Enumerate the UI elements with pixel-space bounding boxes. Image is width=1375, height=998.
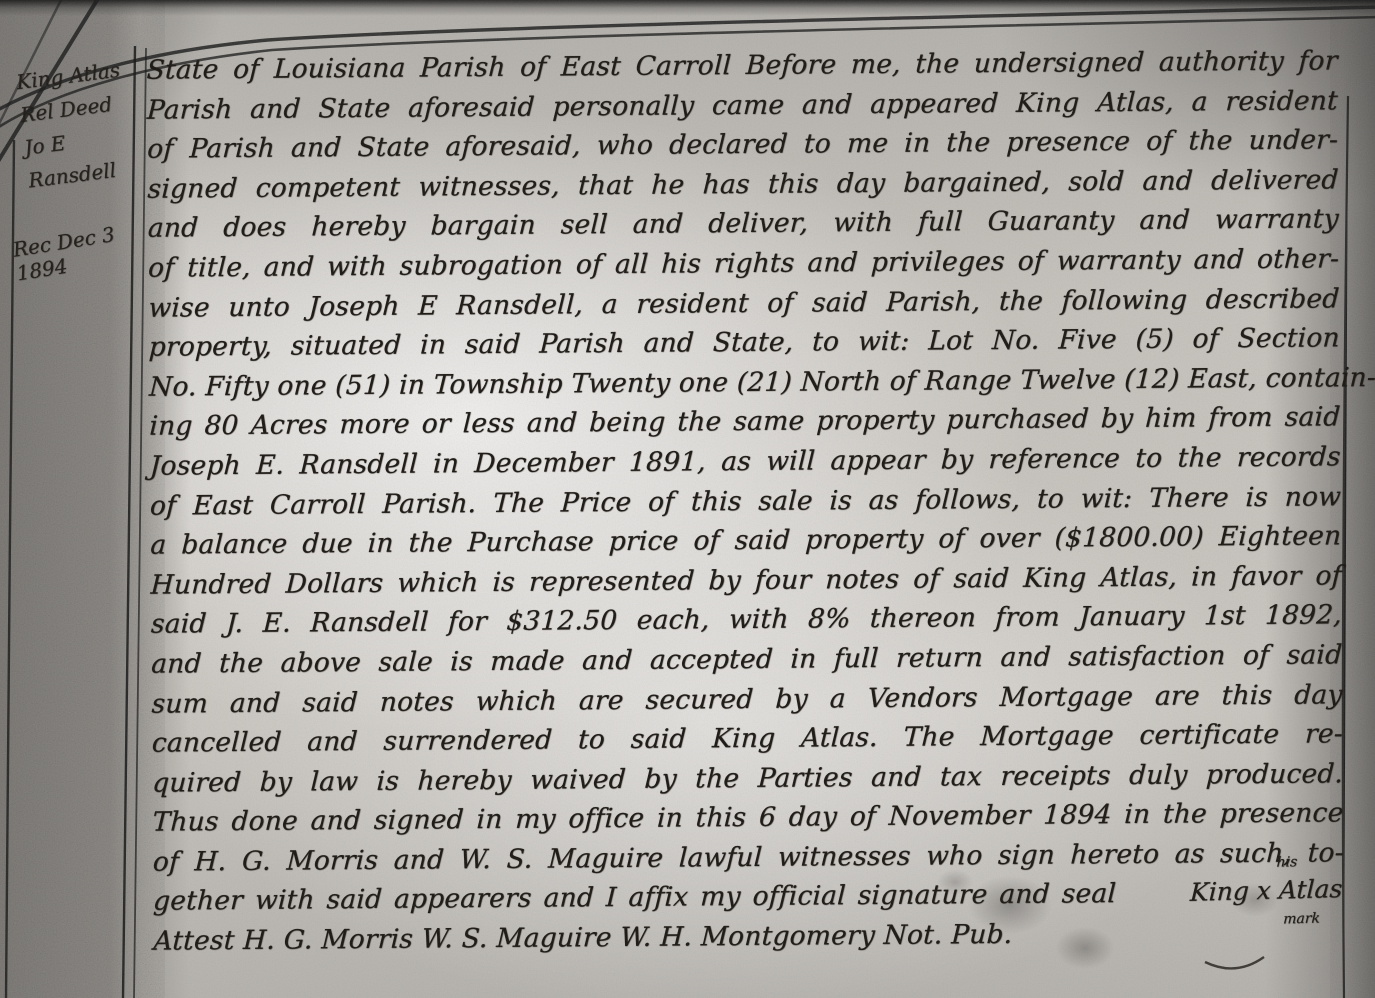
signature-name: King x Atlas bbox=[1189, 874, 1343, 907]
signature-row: gether with said appearers and I affix m… bbox=[153, 873, 1344, 922]
deed-register-page: King Atlas Rel Deed Jo E Ransdell Rec De… bbox=[0, 0, 1375, 998]
deed-body: State of Louisiana Parish of East Carrol… bbox=[146, 41, 1344, 961]
attestation-line: Attest H. G. Morris W. S. Maguire W. H. … bbox=[153, 915, 1012, 961]
grantor-signature: his King x Atlas mark bbox=[1189, 869, 1343, 912]
margin-annotation: King Atlas Rel Deed Jo E Ransdell bbox=[14, 51, 159, 198]
signature-mark-label: mark bbox=[1283, 912, 1320, 927]
signature-his-label: his bbox=[1276, 856, 1297, 871]
margin-recorded-date: Rec Dec 3 1894 bbox=[11, 215, 167, 286]
